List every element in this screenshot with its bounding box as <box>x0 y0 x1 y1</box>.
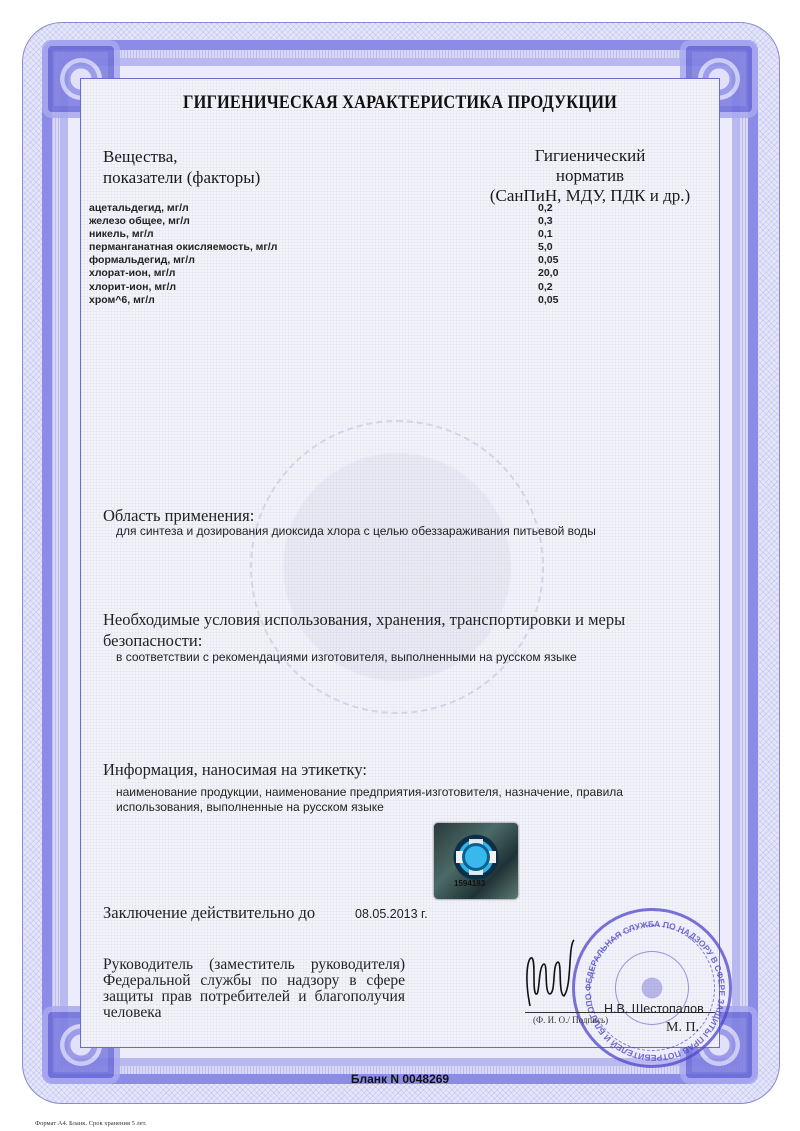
norm-value: 5,0 <box>538 241 558 254</box>
substance-name: формальдегид, мг/л <box>89 254 277 267</box>
substance-name: хлорат-ион, мг/л <box>89 267 277 280</box>
signer-name: Н.В. Шестопалов <box>604 1002 704 1016</box>
norm-value: 20,0 <box>538 267 558 280</box>
handwritten-signature-icon <box>522 936 582 1012</box>
hologram-seal-icon: 1594183 <box>434 823 518 899</box>
signature-caption: (Ф. И. О./ Подпись) <box>533 1015 608 1025</box>
norm-header-line: Гигиенический <box>480 146 700 166</box>
norm-value: 0,05 <box>538 254 558 267</box>
conditions-heading-line1: Необходимые условия использования, хране… <box>103 610 625 630</box>
signer-title: Руководитель (заместитель руководителя) … <box>103 957 405 1021</box>
official-stamp-icon: ФЕДЕРАЛЬНАЯ СЛУЖБА ПО НАДЗОРУ В СФЕРЕ ЗА… <box>572 908 732 1068</box>
label-info-heading: Информация, наносимая на этикетку: <box>103 760 367 780</box>
svg-text:ФЕДЕРАЛЬНАЯ СЛУЖБА ПО НАДЗОРУ: ФЕДЕРАЛЬНАЯ СЛУЖБА ПО НАДЗОРУ В СФЕРЕ ЗА… <box>575 911 727 1063</box>
norm-column-header: Гигиенический норматив (СанПиН, МДУ, ПДК… <box>480 146 700 206</box>
conditions-heading-line2: безопасности: <box>103 631 202 651</box>
substance-name: перманганатная окисляемость, мг/л <box>89 241 277 254</box>
validity-date: 08.05.2013 г. <box>355 907 428 921</box>
label-info-text-line1: наименование продукции, наименование пре… <box>116 785 623 800</box>
norm-value: 0,1 <box>538 228 558 241</box>
conditions-text: в соответствии с рекомендациями изготови… <box>116 650 577 665</box>
substance-name: ацетальдегид, мг/л <box>89 202 277 215</box>
validity-label: Заключение действительно до <box>103 903 315 923</box>
scope-heading: Область применения: <box>103 506 254 526</box>
norm-header-line: (СанПиН, МДУ, ПДК и др.) <box>480 186 700 206</box>
norm-values-list: 0,20,30,15,00,0520,00,20,05 <box>538 202 558 307</box>
substance-name: железо общее, мг/л <box>89 215 277 228</box>
substances-header-line: Вещества, <box>103 146 260 167</box>
label-info-text-line2: использования, выполненные на русском яз… <box>116 800 384 815</box>
hologram-number: 1594183 <box>454 879 485 888</box>
substance-name: никель, мг/л <box>89 228 277 241</box>
norm-header-line: норматив <box>480 166 700 186</box>
footer-note: Формат А4. Бланк. Срок хранения 5 лет. <box>35 1120 147 1127</box>
substance-name: хлорит-ион, мг/л <box>89 281 277 294</box>
document-title: ГИГИЕНИЧЕСКАЯ ХАРАКТЕРИСТИКА ПРОДУКЦИИ <box>56 92 744 114</box>
norm-value: 0,3 <box>538 215 558 228</box>
substances-header-line: показатели (факторы) <box>103 167 260 188</box>
substances-list: ацетальдегид, мг/лжелезо общее, мг/лнике… <box>89 202 277 307</box>
substances-column-header: Вещества, показатели (факторы) <box>103 146 260 188</box>
substance-name: хром^6, мг/л <box>89 294 277 307</box>
document-content: ГИГИЕНИЧЕСКАЯ ХАРАКТЕРИСТИКА ПРОДУКЦИИ В… <box>0 0 800 1131</box>
scope-text: для синтеза и дозирования диоксида хлора… <box>116 524 596 539</box>
seal-place-label: М. П. <box>666 1020 699 1036</box>
stamp-ring-text: ФЕДЕРАЛЬНАЯ СЛУЖБА ПО НАДЗОРУ В СФЕРЕ ЗА… <box>575 911 735 1071</box>
hologram-ring-shape <box>462 843 490 871</box>
blank-number: Бланк N 0048269 <box>0 1072 800 1086</box>
norm-value: 0,05 <box>538 294 558 307</box>
norm-value: 0,2 <box>538 281 558 294</box>
norm-value: 0,2 <box>538 202 558 215</box>
